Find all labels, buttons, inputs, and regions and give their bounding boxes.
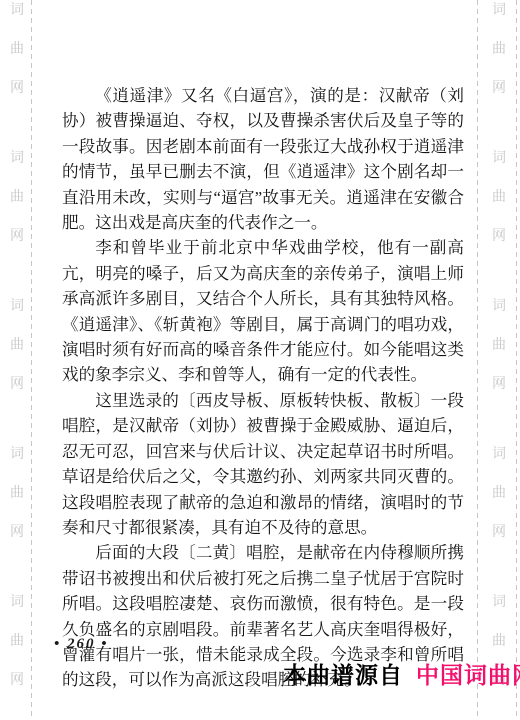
footer-brand: 中国词曲网 <box>416 657 520 690</box>
watermark-text: 词曲网 <box>9 3 25 95</box>
footer-credit: 本曲谱源自 中国词曲网 <box>283 657 520 690</box>
right-watermark-column: 词曲网词曲网词曲网词曲网词曲网 <box>491 3 507 687</box>
left-dashed-cut-line <box>31 0 32 720</box>
watermark-text: 词曲网 <box>9 595 25 687</box>
page-number: • 260 • <box>54 636 109 653</box>
watermark-text: 词曲网 <box>491 299 507 391</box>
book-page: 词曲网词曲网词曲网词曲网词曲网 词曲网词曲网词曲网词曲网词曲网 《逍遥津》又名《… <box>0 0 520 720</box>
left-watermark-column: 词曲网词曲网词曲网词曲网词曲网 <box>9 3 25 687</box>
right-dashed-cut-line <box>477 0 478 720</box>
watermark-text: 词曲网 <box>9 151 25 243</box>
paragraph-3: 这里选录的〔西皮导板、原板转快板、散板〕一段唱腔，是汉献帝（刘协）被曹操于金殿威… <box>62 388 464 540</box>
watermark-text: 词曲网 <box>491 3 507 95</box>
body-text: 《逍遥津》又名《白逼宫》，演的是：汉献帝（刘协）被曹操逼迫、夺权，以及曹操杀害伏… <box>62 83 464 693</box>
footer-credit-prefix: 本曲谱源自 <box>283 657 403 690</box>
watermark-text: 词曲网 <box>9 299 25 391</box>
watermark-text: 词曲网 <box>491 447 507 539</box>
right-edge-dashed-cut-line <box>516 0 517 720</box>
paragraph-2: 李和曾毕业于前北京中华戏曲学校，他有一副高亢，明亮的嗓子，后又为高庆奎的亲传弟子… <box>62 235 464 387</box>
paragraph-1: 《逍遥津》又名《白逼宫》，演的是：汉献帝（刘协）被曹操逼迫、夺权，以及曹操杀害伏… <box>62 83 464 235</box>
watermark-text: 词曲网 <box>491 151 507 243</box>
watermark-text: 词曲网 <box>9 447 25 539</box>
